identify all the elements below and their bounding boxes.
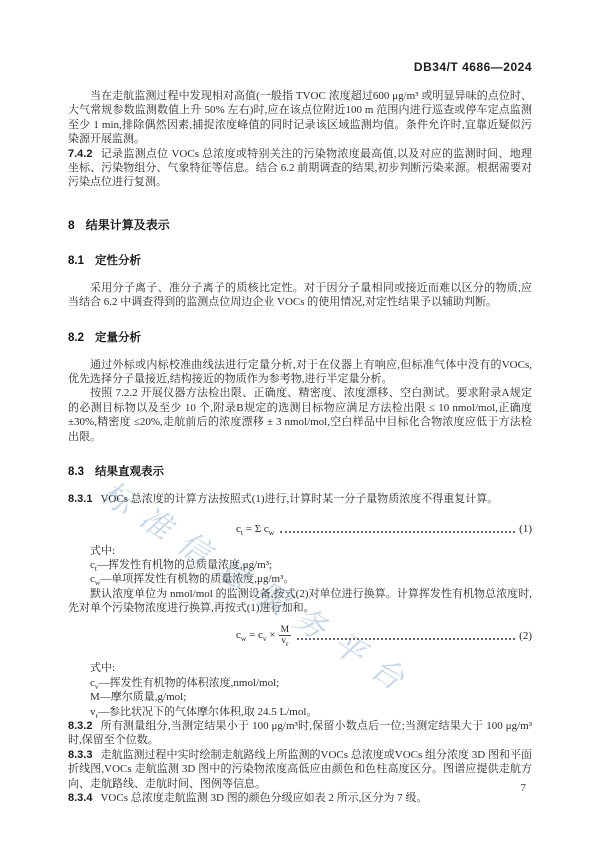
section-heading-8-2: 8.2定量分析 <box>68 329 532 345</box>
definition-cv: cv—挥发性有机物的体积浓度,nmol/mol; <box>90 676 532 690</box>
paragraph-high-value-monitoring: 当在走航监测过程中发现相对高值(一般指 TVOC 浓度超过600 μg/m³ 或… <box>68 89 532 147</box>
heading-number: 8.3 <box>68 466 84 478</box>
where-block-1: 式中: ct—挥发性有机物的总质量浓度,μg/m³; cw—单项挥发性有机物的质… <box>68 544 532 587</box>
heading-number: 8.1 <box>68 255 84 267</box>
definition-cw: cw—单项挥发性有机物的质量浓度,μg/m³。 <box>90 572 532 586</box>
clause-number: 8.3.2 <box>68 720 92 732</box>
formula-1-expression: ct = Σ cw <box>236 523 274 535</box>
definition-molar-mass: M—摩尔质量,g/mol; <box>90 690 532 704</box>
clause-7-4-2: 7.4.2记录监测点位 VOCs 总浓度或特别关注的污染物浓度最高值,以及对应的… <box>68 147 532 190</box>
heading-title: 结果计算及表示 <box>86 218 170 232</box>
heading-title: 结果直观表示 <box>95 466 164 478</box>
paragraph-qualitative-analysis: 采用分子离子、准分子离子的质核比定性。对于因分子量相同或接近而难以区分的物质,应… <box>68 281 532 310</box>
clause-8-3-3: 8.3.3走航监测过程中实时绘制走航路线上所监测的VOCs 总浓度或VOCs 组… <box>68 748 532 791</box>
clause-8-3-1: 8.3.1VOCs 总浓度的计算方法按照式(1)进行,计算时某一分子量物质浓度不… <box>68 492 532 506</box>
dotted-leader <box>297 638 515 640</box>
paragraph-unit-conversion: 默认浓度单位为 nmol/mol 的监测设备,按式(2)对单位进行换算。计算挥发… <box>68 587 532 616</box>
formula-1-number: (1) <box>519 523 532 535</box>
clause-number: 8.3.4 <box>68 792 92 804</box>
standard-number: DB34/T 4686—2024 <box>68 60 532 74</box>
dotted-leader <box>280 531 515 533</box>
where-label: 式中: <box>90 661 532 675</box>
section-heading-8: 8结果计算及表示 <box>68 216 532 233</box>
clause-text: 所有测量组分,当测定结果小于 100 μg/m³时,保留小数点后一位;当测定结果… <box>68 720 532 746</box>
clause-8-3-4: 8.3.4VOCs 总浓度走航监测 3D 图的颜色分级应如表 2 所示,区分为 … <box>68 791 532 805</box>
clause-text: VOCs 总浓度的计算方法按照式(1)进行,计算时某一分子量物质浓度不得重复计算… <box>100 493 498 505</box>
formula-2-number: (2) <box>519 630 532 642</box>
fraction-numerator: M <box>279 625 291 637</box>
paragraph-qc-requirements: 按照 7.2.2 开展仪器方法检出限、正确度、精密度、浓度漂移、空白测试。要求附… <box>68 386 532 444</box>
formula-2-lhs: cw = cv × <box>236 629 276 641</box>
where-label: 式中: <box>90 544 532 558</box>
clause-number: 8.3.3 <box>68 749 92 761</box>
clause-text: VOCs 总浓度走航监测 3D 图的颜色分级应如表 2 所示,区分为 7 级。 <box>100 792 427 804</box>
heading-title: 定性分析 <box>95 255 141 267</box>
formula-2: cw = cv ×Mvr (2) <box>68 625 532 648</box>
where-block-2: 式中: cv—挥发性有机物的体积浓度,nmol/mol; M—摩尔质量,g/mo… <box>68 661 532 719</box>
definition-ct: ct—挥发性有机物的总质量浓度,μg/m³; <box>90 558 532 572</box>
section-heading-8-1: 8.1定性分析 <box>68 252 532 268</box>
page-number: 7 <box>521 782 527 794</box>
formula-1: ct = Σ cw (1) <box>68 523 532 535</box>
heading-number: 8 <box>68 218 75 232</box>
clause-text: 走航监测过程中实时绘制走航路线上所监测的VOCs 总浓度或VOCs 组分浓度 3… <box>68 749 532 790</box>
formula-2-expression: cw = cv ×Mvr <box>236 625 291 648</box>
fraction-denominator: vr <box>279 636 291 647</box>
clause-text: 记录监测点位 VOCs 总浓度或特别关注的污染物浓度最高值,以及对应的监测时间、… <box>68 148 532 189</box>
page-content: DB34/T 4686—2024 当在走航监测过程中发现相对高值(一般指 TVO… <box>68 60 532 805</box>
clause-number: 7.4.2 <box>68 148 92 160</box>
heading-number: 8.2 <box>68 332 84 344</box>
paragraph-quantitative-analysis: 通过外标或内标校准曲线法进行定量分析,对于在仪器上有响应,但标准气体中没有的VO… <box>68 358 532 387</box>
section-heading-8-3: 8.3结果直观表示 <box>68 463 532 479</box>
heading-title: 定量分析 <box>95 332 141 344</box>
definition-molar-volume: vr—参比状况下的气体摩尔体积,取 24.5 L/mol。 <box>90 705 532 719</box>
clause-number: 8.3.1 <box>68 493 92 505</box>
clause-8-3-2: 8.3.2所有测量组分,当测定结果小于 100 μg/m³时,保留小数点后一位;… <box>68 719 532 748</box>
fraction: Mvr <box>279 625 291 648</box>
document-page: 标准信息服务平台 DB34/T 4686—2024 当在走航监测过程中发现相对高… <box>0 0 600 848</box>
